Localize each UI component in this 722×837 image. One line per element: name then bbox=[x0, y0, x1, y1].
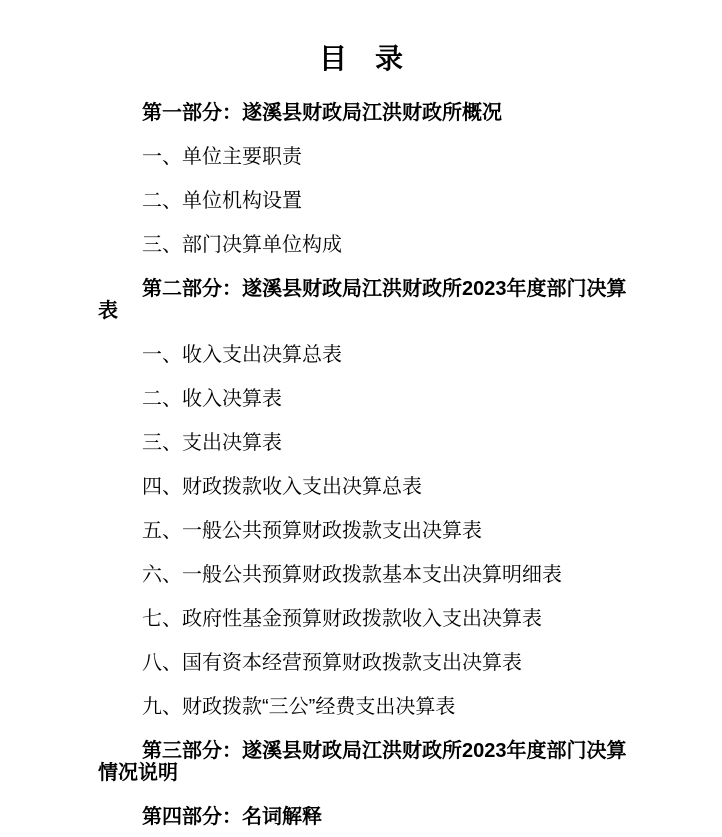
toc-item: 八、国有资本经营预算财政拨款支出决算表 bbox=[98, 652, 635, 674]
toc-item: 四、财政拨款收入支出决算总表 bbox=[98, 476, 635, 498]
toc-item: 六、一般公共预算财政拨款基本支出决算明细表 bbox=[98, 564, 635, 586]
toc-item: 七、政府性基金预算财政拨款收入支出决算表 bbox=[98, 608, 635, 630]
toc-item: 三、部门决算单位构成 bbox=[98, 234, 635, 256]
toc-item: 二、收入决算表 bbox=[98, 388, 635, 410]
toc-section-heading: 第三部分：遂溪县财政局江洪财政所2023年度部门决算情况说明 bbox=[98, 740, 635, 784]
page-title: 目 录 bbox=[0, 0, 722, 76]
document-page: 目 录 第一部分：遂溪县财政局江洪财政所概况一、单位主要职责二、单位机构设置三、… bbox=[0, 0, 722, 837]
toc-list: 第一部分：遂溪县财政局江洪财政所概况一、单位主要职责二、单位机构设置三、部门决算… bbox=[98, 102, 635, 828]
toc-item: 九、财政拨款“三公”经费支出决算表 bbox=[98, 696, 635, 718]
toc-item: 五、一般公共预算财政拨款支出决算表 bbox=[98, 520, 635, 542]
toc-section-heading: 第四部分：名词解释 bbox=[98, 806, 635, 828]
toc-item: 一、收入支出决算总表 bbox=[98, 344, 635, 366]
toc-section-heading: 第二部分：遂溪县财政局江洪财政所2023年度部门决算表 bbox=[98, 278, 635, 322]
toc-section-heading: 第一部分：遂溪县财政局江洪财政所概况 bbox=[98, 102, 635, 124]
toc-item: 三、支出决算表 bbox=[98, 432, 635, 454]
toc-item: 二、单位机构设置 bbox=[98, 190, 635, 212]
toc-item: 一、单位主要职责 bbox=[98, 146, 635, 168]
